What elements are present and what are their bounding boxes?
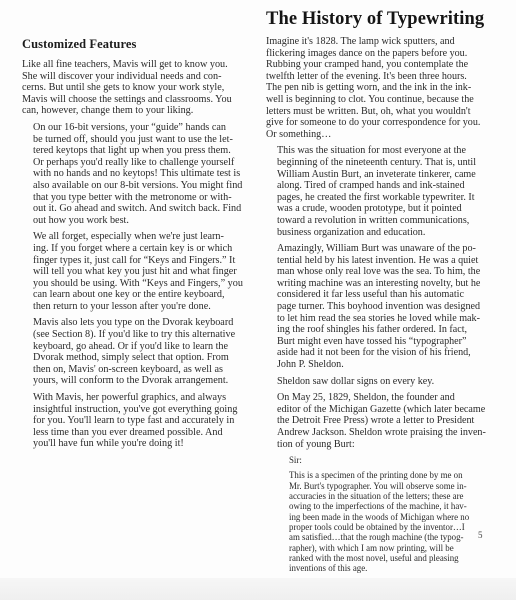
text-line: beginning of the nineteenth century. Tha… xyxy=(266,157,496,169)
right-column: The History of Typewriting Imagine it's … xyxy=(266,8,496,578)
text-line: (see Section 8). If you'd like to try th… xyxy=(22,329,244,341)
quote-line: inventions of this age. xyxy=(278,563,496,573)
quote-line: rapher), with which I am now printing, w… xyxy=(278,543,496,553)
page-title-history-of-typewriting: The History of Typewriting xyxy=(266,8,496,30)
text-line: tion of young Burt: xyxy=(266,439,496,451)
text-line: yours, will conform to the Dvorak arrang… xyxy=(22,375,244,387)
text-line: page turner. This boyhood invention was … xyxy=(266,301,496,313)
quote-salutation: Sir: xyxy=(278,455,496,465)
right-column-body: Imagine it's 1828. The lamp wick sputter… xyxy=(266,36,496,450)
text-line: insightful instruction, you've got every… xyxy=(22,404,244,416)
text-line: well is beginning to clot. You continue,… xyxy=(266,94,496,106)
text-line: We all forget, especially when we're jus… xyxy=(22,231,244,243)
text-line: pages, he created the first workable typ… xyxy=(266,192,496,204)
text-line: will tell you what key you just hit and … xyxy=(22,266,244,278)
text-line: writing machine was an interesting novel… xyxy=(266,278,496,290)
text-line: Andrew Jackson. Sheldon wrote praising t… xyxy=(266,427,496,439)
paragraph: Imagine it's 1828. The lamp wick sputter… xyxy=(266,36,496,140)
text-line: Mavis will choose the settings and class… xyxy=(22,94,244,106)
quote-body: This is a specimen of the printing done … xyxy=(278,470,496,573)
text-line: along. Tired of cramped hands and ink-st… xyxy=(266,180,496,192)
text-line: then return to your lesson after you're … xyxy=(22,301,244,313)
text-line: William Austin Burt, an inveterate tinke… xyxy=(266,169,496,181)
text-line: Dvorak method, simply select that option… xyxy=(22,352,244,364)
paragraph: Mavis also lets you type on the Dvorak k… xyxy=(22,317,244,387)
text-line: editor of the Michigan Gazette (which la… xyxy=(266,404,496,416)
text-line: Or something… xyxy=(266,129,496,141)
left-column-body: Like all fine teachers, Mavis will get t… xyxy=(22,59,244,450)
text-line: be turned off, should you just want to u… xyxy=(22,134,244,146)
quote-line: owing to the imperfections of the machin… xyxy=(278,501,496,511)
text-line: twelfth letter of the evening. It's been… xyxy=(266,71,496,83)
text-line: On May 25, 1829, Sheldon, the founder an… xyxy=(266,392,496,404)
text-line: Sheldon saw dollar signs on every key. xyxy=(266,376,496,388)
paragraph: With Mavis, her powerful graphics, and a… xyxy=(22,392,244,450)
quote-line: ing been made in the woods of Michigan w… xyxy=(278,512,496,522)
paragraph: We all forget, especially when we're jus… xyxy=(22,231,244,312)
text-line: toward a revolution in written communica… xyxy=(266,215,496,227)
text-line: cerns. But until she gets to know your w… xyxy=(22,82,244,94)
text-line: out it. Go ahead and switch. And switch … xyxy=(22,203,244,215)
block-quote-letter: Sir: This is a specimen of the printing … xyxy=(278,455,496,573)
text-line: business organization and education. xyxy=(266,227,496,239)
text-line: finger types it, just call for “Keys and… xyxy=(22,255,244,267)
text-line: John P. Sheldon. xyxy=(266,359,496,371)
text-line: out how you work best. xyxy=(22,215,244,227)
text-line: was a crude, wooden prototype, but it po… xyxy=(266,203,496,215)
left-column: Customized Features Like all fine teache… xyxy=(22,37,244,455)
paragraph: Sheldon saw dollar signs on every key. xyxy=(266,376,496,388)
text-line: ing the roof shingles his father ordered… xyxy=(266,324,496,336)
text-line: flickering images dance on the papers be… xyxy=(266,48,496,60)
document-page: Customized Features Like all fine teache… xyxy=(0,0,516,600)
paragraph: On our 16-bit versions, your “guide” han… xyxy=(22,122,244,226)
text-line: Like all fine teachers, Mavis will get t… xyxy=(22,59,244,71)
text-line: that you type better with the metronome … xyxy=(22,192,244,204)
text-line: Amazingly, William Burt was unaware of t… xyxy=(266,243,496,255)
text-line: with no hands and no keytops! This ultim… xyxy=(22,168,244,180)
paragraph: On May 25, 1829, Sheldon, the founder an… xyxy=(266,392,496,450)
text-line: less time than you ever dreamed possible… xyxy=(22,427,244,439)
paragraph: Like all fine teachers, Mavis will get t… xyxy=(22,59,244,117)
text-line: the Detroit Free Press) wrote a letter t… xyxy=(266,415,496,427)
text-line: With Mavis, her powerful graphics, and a… xyxy=(22,392,244,404)
text-line: tential held by his latest invention. He… xyxy=(266,255,496,267)
text-line: This was the situation for most everyone… xyxy=(266,145,496,157)
text-line: On our 16-bit versions, your “guide” han… xyxy=(22,122,244,134)
text-line: keyboard, go ahead. Or if you'd like to … xyxy=(22,341,244,353)
text-line: give for someone to do your corresponden… xyxy=(266,117,496,129)
page-number: 5 xyxy=(478,530,483,540)
section-heading-customized-features: Customized Features xyxy=(22,37,244,52)
quote-line: Mr. Burt's typographer. You will observe… xyxy=(278,481,496,491)
text-line: Imagine it's 1828. The lamp wick sputter… xyxy=(266,36,496,48)
paragraph: Amazingly, William Burt was unaware of t… xyxy=(266,243,496,371)
text-line: then on, Mavis' on-screen keyboard, as w… xyxy=(22,364,244,376)
text-line: to let him read the sea stories he loved… xyxy=(266,313,496,325)
text-line: Or perhaps you'd really like to challeng… xyxy=(22,157,244,169)
quote-line: accuracies in the situation of the lette… xyxy=(278,491,496,501)
quote-line: This is a specimen of the printing done … xyxy=(278,470,496,480)
text-line: considered it far less useful than his a… xyxy=(266,289,496,301)
quote-line: proper tools could be obtained by the in… xyxy=(278,522,496,532)
text-line: you should be using. With “Keys and Fing… xyxy=(22,278,244,290)
text-line: letters must be written. But, oh, what y… xyxy=(266,106,496,118)
text-line: The pen nib is getting worn, and the ink… xyxy=(266,82,496,94)
text-line: can learn about one key or the entire ke… xyxy=(22,289,244,301)
text-line: also available on our 8-bit versions. Yo… xyxy=(22,180,244,192)
text-line: Burt might even have tossed his “typogra… xyxy=(266,336,496,348)
text-line: aside had it not been for the vision of … xyxy=(266,347,496,359)
quote-line: ranked with the most novel, useful and p… xyxy=(278,553,496,563)
paragraph: This was the situation for most everyone… xyxy=(266,145,496,238)
text-line: Mavis also lets you type on the Dvorak k… xyxy=(22,317,244,329)
text-line: ing. If you forget where a certain key i… xyxy=(22,243,244,255)
text-line: can, however, change them to your liking… xyxy=(22,105,244,117)
text-line: tered keytops that light up when you pre… xyxy=(22,145,244,157)
quote-line: am satisfied…that the rough machine (the… xyxy=(278,532,496,542)
text-line: for you. You'll learn to type fast and a… xyxy=(22,415,244,427)
text-line: Rubbing your cramped hand, you contempla… xyxy=(266,59,496,71)
page-bottom-shadow xyxy=(0,578,516,600)
text-line: She will discover your individual needs … xyxy=(22,71,244,83)
text-line: you'll have fun while you're doing it! xyxy=(22,438,244,450)
text-line: man whose only real love was the sea. To… xyxy=(266,266,496,278)
